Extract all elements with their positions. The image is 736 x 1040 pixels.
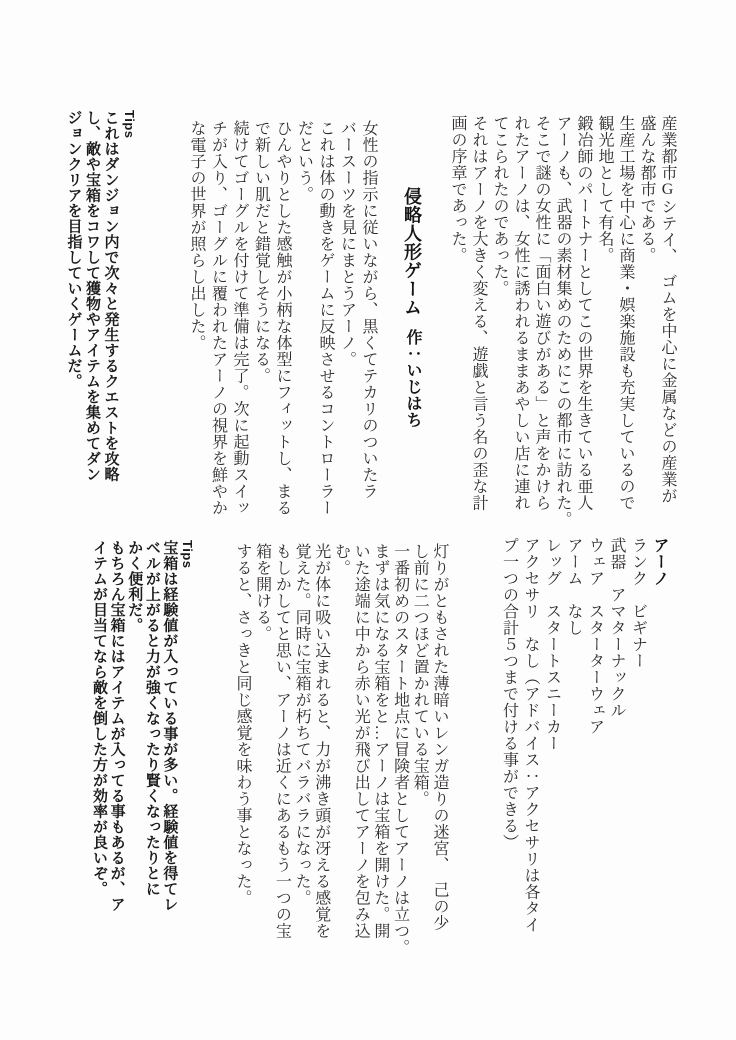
text-line: な電子の世界が照らし出した。 — [186, 120, 208, 516]
text-line: アクセサリ なし（アドバイス：アクセサリは各タイ — [520, 537, 542, 933]
text-line: ひんやりとした感触が小柄な体型にフィットし、まる — [272, 120, 294, 516]
text-line: 光が体に吸い込まれると、力が沸き頭が冴える感覚を — [311, 543, 331, 956]
text-line: バースーツを見にまとうアーノ。 — [336, 120, 358, 516]
page-title: 侵略人形ゲーム — [402, 187, 422, 317]
text-line: すると、さっきと同じ感覚を味わう事となった。 — [232, 543, 252, 956]
text-line: ウェア スターターウェア — [584, 537, 606, 933]
text-line: そこで謎の女性に「面白い遊びがある」と声をかけら — [531, 115, 552, 528]
text-line: これは体の動きをゲームに反映させるコントローラー — [315, 120, 337, 516]
suit-description-paragraph: 女性の指示に従いながら、黒くてテカリのついたラバースーツを見にまとうアーノ。これ… — [186, 120, 380, 516]
title-column: 侵略人形ゲーム作：いじはち — [400, 187, 424, 428]
tips-bottom-label: Tips — [178, 540, 196, 912]
text-line: 箱を開ける。 — [252, 543, 272, 956]
text-line: それはアーノを大きく変える、遊戯と言う名の歪な計 — [468, 115, 489, 528]
text-line: チが入り、ゴーグルに覆われたアーノの視界を鮮やか — [207, 120, 229, 516]
text-line: だという。 — [293, 120, 315, 516]
text-line: し前に二つほど置かれている宝箱。 — [410, 543, 430, 956]
text-line: プ一つの合計５つまで付ける事ができる） — [498, 537, 520, 933]
text-line: 武器 アマターナックル — [606, 537, 628, 933]
text-line: む。 — [331, 543, 351, 956]
text-line: イテムが目当てなら敵を倒した方が効率が良いぞ。 — [90, 540, 108, 912]
story-intro-paragraph: 産業都市Gシテイ、 ゴムを中心に金属などの産業が盛んな都市である。生産工場を中心… — [447, 115, 678, 528]
text-line: てこられたのであった。 — [489, 115, 510, 528]
tips-bottom-note: Tips 宝箱は経験値が入っている事が多い。経験値を得てレベルが上がると力が強く… — [90, 540, 196, 912]
text-line: アーノも、武器の素材集めのためにこの都市に訪れた。 — [552, 115, 573, 528]
text-line: れたアーノは、女性に誘われるままあやしい店に連れ — [510, 115, 531, 528]
tips-top-note: Tips これはダンジョン内で次々と発生するクエストを攻略し、敵や宝箱をコワして… — [64, 110, 138, 482]
author-credit: 作：いじはち — [404, 329, 421, 428]
dungeon-story-paragraph: 灯りがともされた薄暗いレンガ造りの迷宮、 己の少し前に二つほど置かれている宝箱。… — [232, 543, 449, 956]
text-line: 覚えた。同時に宝箱が朽ちてバラバラになった。 — [291, 543, 311, 956]
character-name-header: アーノ — [649, 537, 671, 933]
text-line: ジョンクリアを目指していくゲームだ。 — [64, 110, 83, 482]
text-line: ベルが上がると力が強くなったり賢くなったりとに — [143, 540, 161, 912]
text-line: 宝箱は経験値が入っている事が多い。経験値を得てレ — [161, 540, 179, 912]
text-line: し、敵や宝箱をコワして獲物やアイテムを集めてダン — [83, 110, 102, 482]
text-line: 生産工場を中心に商業・娯楽施設も充実しているので — [615, 115, 636, 528]
text-line: もちろん宝箱にはアイテムが入ってる事もあるが、ア — [108, 540, 126, 912]
text-line: これはダンジョン内で次々と発生するクエストを攻略 — [101, 110, 120, 482]
text-line: で新しい肌だと錯覚しそうになる。 — [250, 120, 272, 516]
text-line: 画の序章であった。 — [447, 115, 468, 528]
doujin-text-page: 産業都市Gシテイ、 ゴムを中心に金属などの産業が盛んな都市である。生産工場を中心… — [0, 0, 736, 1040]
text-line: いた途端に中から赤い光が飛び出してアーノを包み込 — [350, 543, 370, 956]
text-line: 鍛冶師のパートナーとしてこの世界を生きている亜人 — [573, 115, 594, 528]
text-line: 盛んな都市である。 — [636, 115, 657, 528]
text-line: まずは気になる宝箱をと…アーノは宝箱を開けた。開 — [370, 543, 390, 956]
text-line: 灯りがともされた薄暗いレンガ造りの迷宮、 己の少 — [429, 543, 449, 956]
text-line: 一番初めのスタート地点に冒険者としてアーノは立つ。 — [390, 543, 410, 956]
text-line: もしかしてと思い、アーノは近くにあるもう一つの宝 — [272, 543, 292, 956]
title-block: 侵略人形ゲーム作：いじはち — [400, 187, 424, 428]
text-line: 続けてゴーグルを付けて準備は完了。次に起動スイッ — [229, 120, 251, 516]
text-line: 女性の指示に従いながら、黒くてテカリのついたラ — [358, 120, 380, 516]
tips-top-label: Tips — [120, 110, 139, 482]
text-line: 観光地として有名。 — [594, 115, 615, 528]
character-status-list: アーノ ランク ビギナー武器 アマターナックルウェア スターターウェアアーム な… — [498, 537, 670, 933]
text-line: かく便利だ。 — [126, 540, 144, 912]
text-line: レッグ スタートスニーカー — [541, 537, 563, 933]
text-line: ランク ビギナー — [627, 537, 649, 933]
text-line: 産業都市Gシテイ、 ゴムを中心に金属などの産業が — [657, 115, 678, 528]
text-line: アーム なし — [563, 537, 585, 933]
